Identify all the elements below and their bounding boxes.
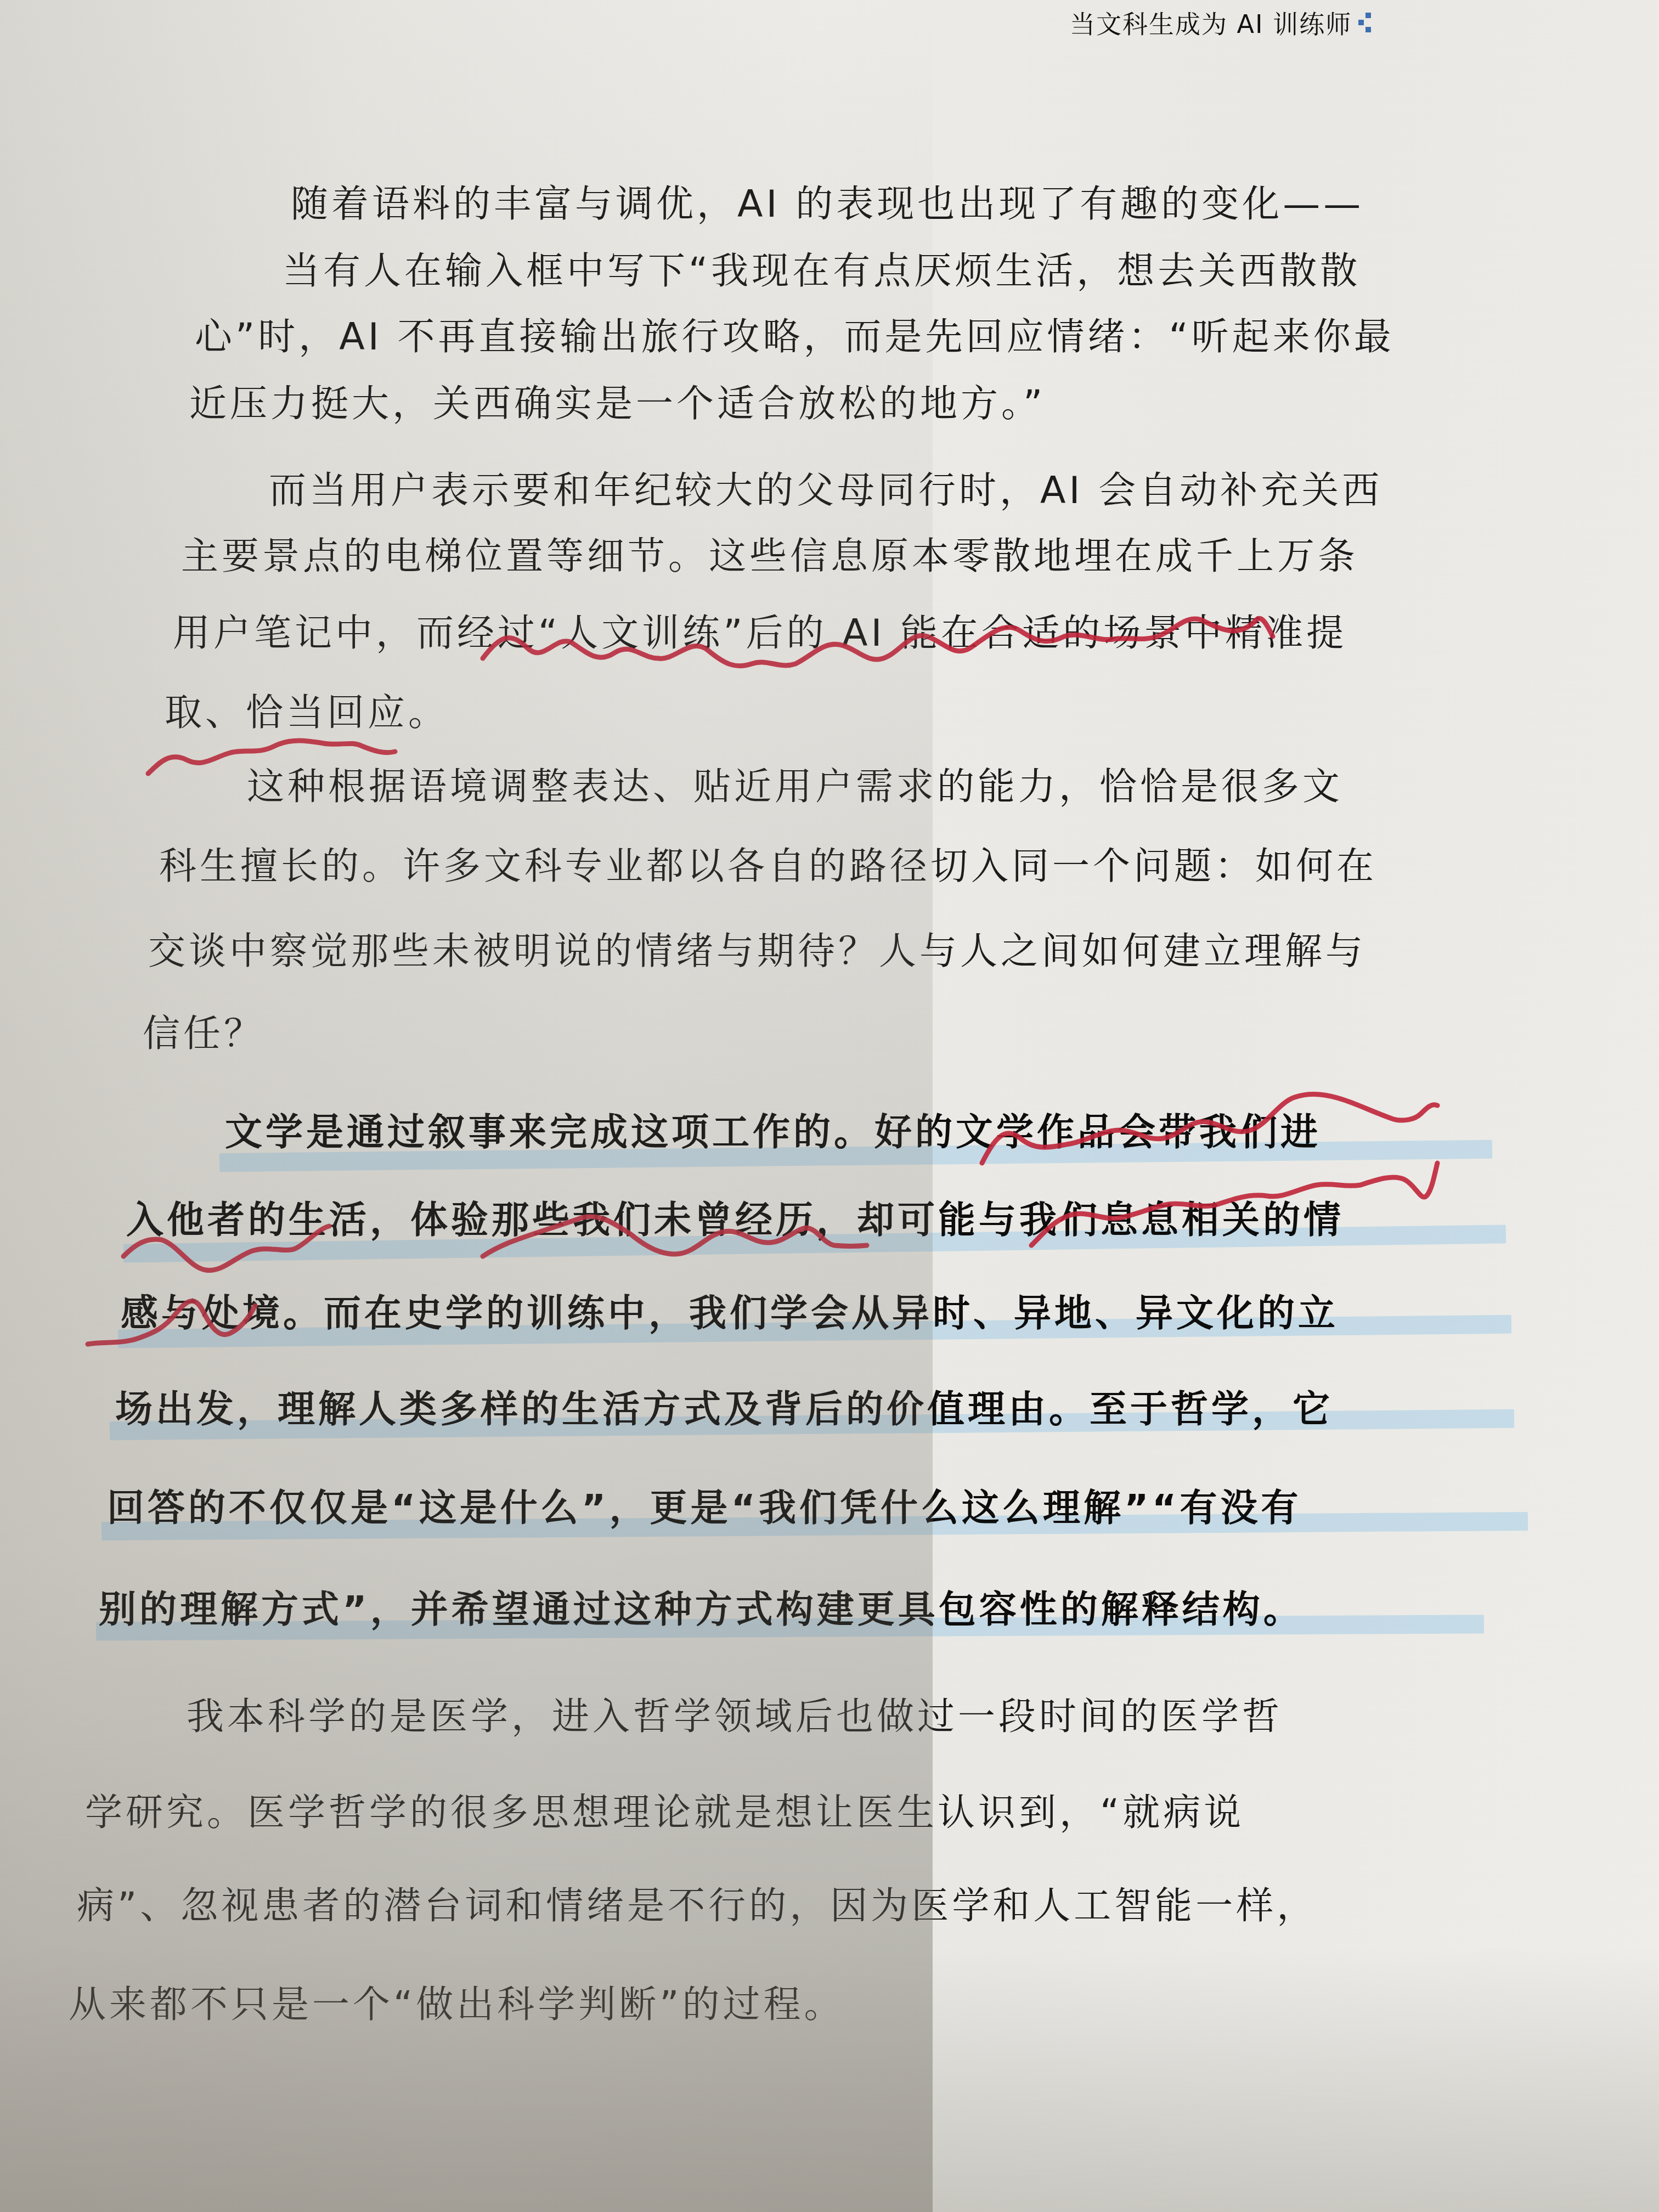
p2-line-3: 用户笔记中，而经过“人文训练”后的 AI 能在合适的场景中精准提 (173, 603, 1347, 657)
p3-line-1: 这种根据语境调整表达、贴近用户需求的能力，恰恰是很多文 (247, 757, 1343, 810)
p2-line-1: 而当用户表示要和年纪较大的父母同行时，AI 会自动补充关西 (269, 461, 1383, 514)
p2-line-2: 主要景点的电梯位置等细节。这些信息原本零散地埋在成千上万条 (181, 527, 1358, 580)
p4-line-3: 感与处境。而在史学的训练中，我们学会从异时、异地、异文化的立 (121, 1284, 1339, 1337)
p1-line-2: 当有人在输入框中写下“我现在有点厌烦生活，想去关西散散 (283, 241, 1361, 295)
p3-line-2: 科生擅长的。许多文科专业都以各自的路径切入同一个问题：如何在 (159, 837, 1377, 890)
p1-line-4: 近压力挺大，关西确实是一个适合放松的地方。” (189, 374, 1046, 427)
book-page: 当文科生成为 AI 训练师 随着语料的丰富与调优，AI 的表现也出现了有趣的变化… (0, 0, 1659, 2212)
p4-line-5: 回答的不仅仅是“这是什么”，更是“我们凭什么这么理解”“有没有 (107, 1479, 1301, 1532)
p5-line-1: 我本科学的是医学，进入哲学领域后也做过一段时间的医学哲 (187, 1687, 1283, 1740)
p4-line-1: 文学是通过叙事来完成这项工作的。好的文学作品会带我们进 (225, 1103, 1321, 1156)
p4-line-6: 别的理解方式”，并希望通过这种方式构建更具包容性的解释结构。 (99, 1580, 1304, 1633)
p5-line-4: 从来都不只是一个“做出科学判断”的过程。 (69, 1975, 844, 2028)
p3-line-4: 信任？ (143, 1004, 264, 1057)
p4-line-2: 入他者的生活，体验那些我们未曾经历，却可能与我们息息相关的情 (126, 1190, 1344, 1244)
blue-square-dots-icon (1358, 13, 1371, 32)
p3-line-3: 交谈中察觉那些未被明说的情绪与期待？人与人之间如何建立理解与 (148, 922, 1366, 975)
p1-line-1: 随着语料的丰富与调优，AI 的表现也出现了有趣的变化—— (291, 174, 1364, 228)
p5-line-2: 学研究。医学哲学的很多思想理论就是想让医生认识到，“就病说 (85, 1783, 1244, 1836)
running-header: 当文科生成为 AI 训练师 (1070, 4, 1371, 41)
p2-line-4: 取、恰当回应。 (165, 683, 449, 736)
p4-line-4: 场出发，理解人类多样的生活方式及背后的价值理由。至于哲学，它 (115, 1380, 1333, 1433)
p5-line-3: 病”、忽视患者的潜台词和情绪是不行的，因为医学和人工智能一样， (77, 1876, 1317, 1929)
running-title: 当文科生成为 AI 训练师 (1070, 4, 1352, 41)
p1-line-3: 心”时，AI 不再直接输出旅行攻略，而是先回应情绪：“听起来你最 (195, 307, 1395, 360)
